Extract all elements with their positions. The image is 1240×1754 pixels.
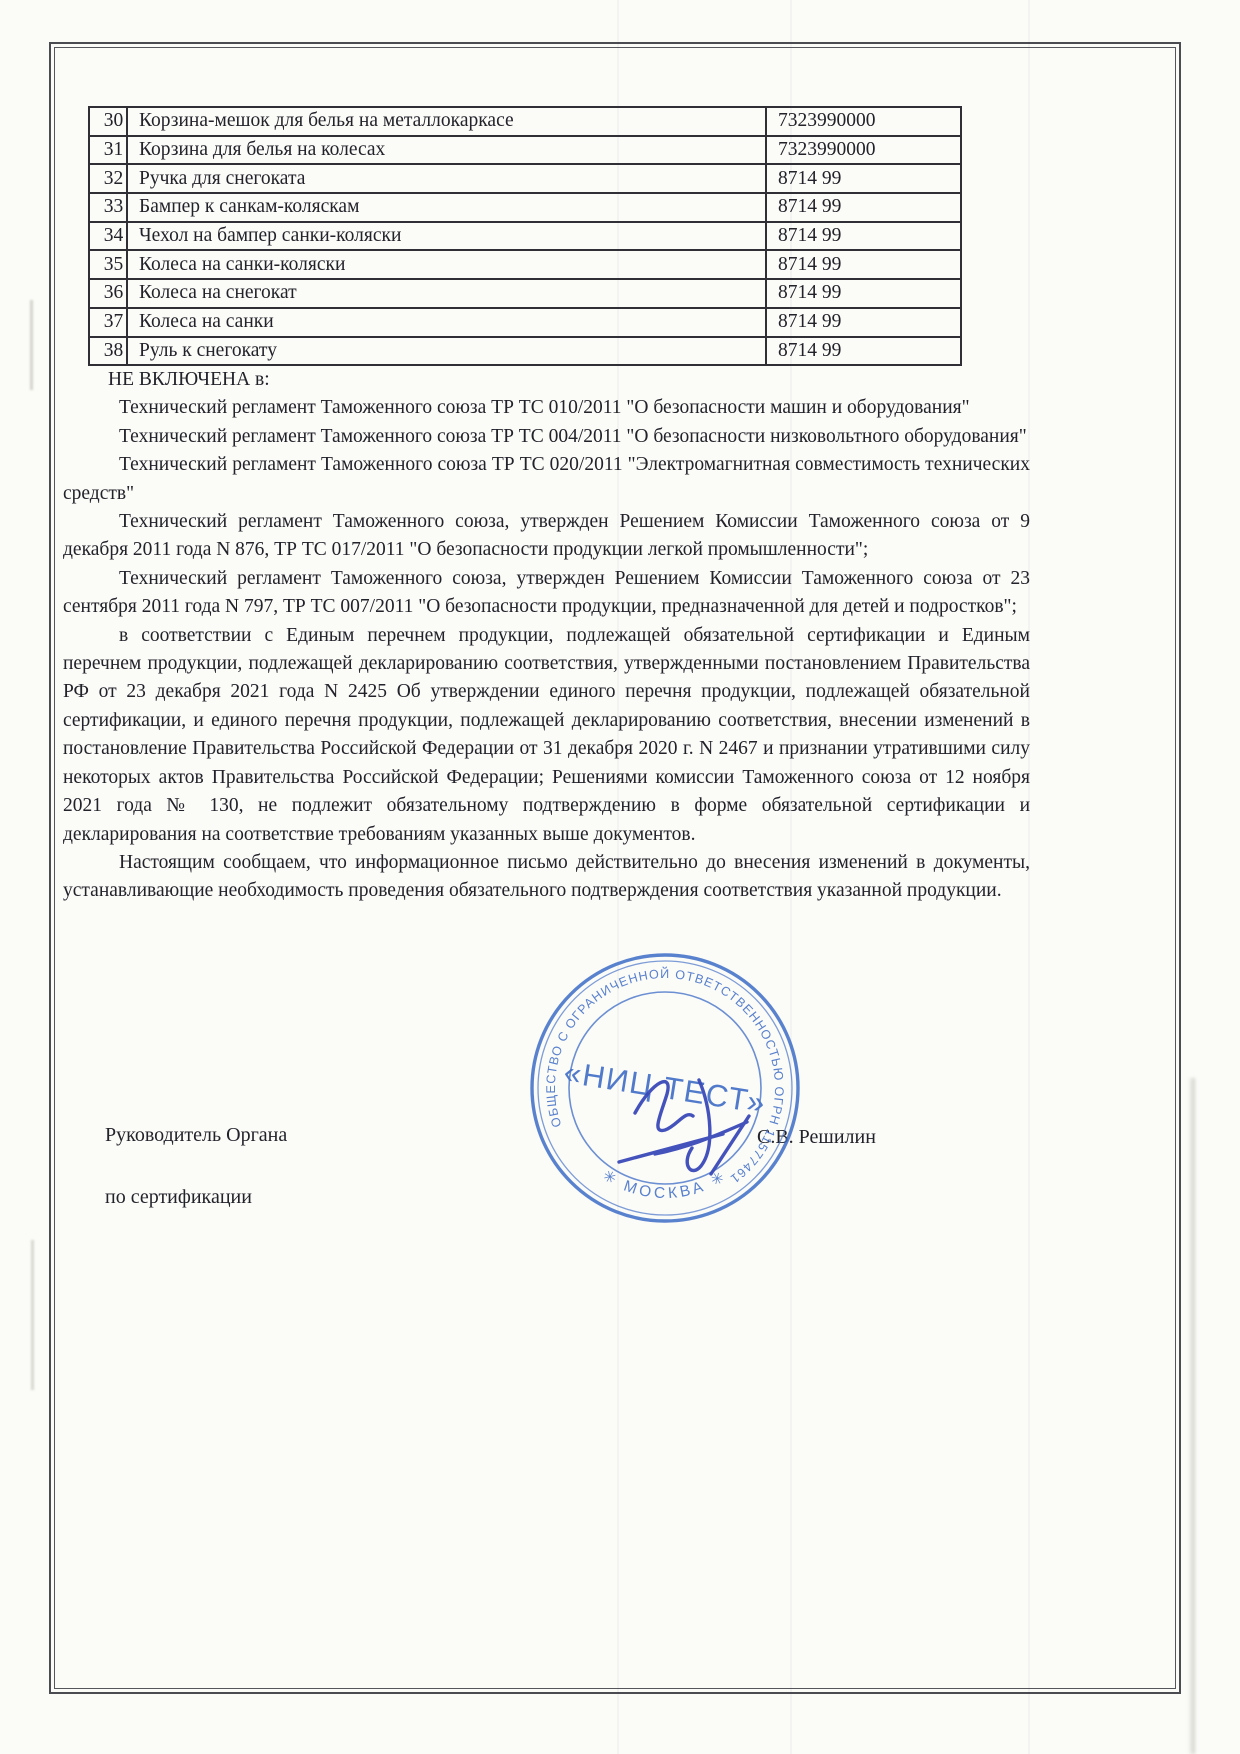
product-name-cell: Чехол на бампер санки-коляски xyxy=(127,222,766,251)
row-number-cell: 33 xyxy=(89,193,127,222)
products-table: 30 Корзина-мешок для белья на металлокар… xyxy=(88,106,962,366)
table-row: 37 Колеса на санки 8714 99 xyxy=(89,308,961,337)
table-row: 30 Корзина-мешок для белья на металлокар… xyxy=(89,107,961,136)
row-number-cell: 36 xyxy=(89,279,127,308)
signer-name: С.В. Решилин xyxy=(757,1126,876,1149)
signer-role-line1: Руководитель Органа xyxy=(105,1124,287,1146)
product-name-cell: Ручка для снегоката xyxy=(127,164,766,193)
row-number-cell: 31 xyxy=(89,136,127,165)
hs-code-cell: 8714 99 xyxy=(766,250,961,279)
product-name-cell: Колеса на санки xyxy=(127,308,766,337)
hs-code-cell: 7323990000 xyxy=(766,107,961,136)
statement-paragraph: Настоящим сообщаем, что информационное п… xyxy=(63,849,1030,906)
body-text: НЕ ВКЛЮЧЕНА в: Технический регламент Там… xyxy=(63,366,1030,906)
regulation-paragraph: Технический регламент Таможенного союза … xyxy=(63,451,1030,508)
row-number-cell: 32 xyxy=(89,164,127,193)
signer-role-line2: по сертификации xyxy=(105,1186,252,1208)
table-row: 38 Руль к снегокату 8714 99 xyxy=(89,337,961,366)
row-number-cell: 38 xyxy=(89,337,127,366)
hs-code-cell: 7323990000 xyxy=(766,136,961,165)
product-name-cell: Корзина-мешок для белья на металлокаркас… xyxy=(127,107,766,136)
not-included-heading: НЕ ВКЛЮЧЕНА в: xyxy=(63,366,1030,394)
row-number-cell: 34 xyxy=(89,222,127,251)
row-number-cell: 37 xyxy=(89,308,127,337)
table-row: 33 Бампер к санкам-коляскам 8714 99 xyxy=(89,193,961,222)
regulation-paragraph: Технический регламент Таможенного союза,… xyxy=(63,565,1030,622)
table-row: 32 Ручка для снегоката 8714 99 xyxy=(89,164,961,193)
regulation-paragraph: Технический регламент Таможенного союза,… xyxy=(63,508,1030,565)
document-page: { "page": { "table": { "rows": [ {"num":… xyxy=(0,0,1240,1754)
table-row: 34 Чехол на бампер санки-коляски 8714 99 xyxy=(89,222,961,251)
signer-role: Руководитель Органа по сертификации xyxy=(105,1120,287,1213)
hs-code-cell: 8714 99 xyxy=(766,308,961,337)
hs-code-cell: 8714 99 xyxy=(766,193,961,222)
product-name-cell: Корзина для белья на колесах xyxy=(127,136,766,165)
hs-code-cell: 8714 99 xyxy=(766,222,961,251)
regulation-paragraph: Технический регламент Таможенного союза … xyxy=(63,423,1030,451)
product-name-cell: Колеса на санки-коляски xyxy=(127,250,766,279)
product-name-cell: Колеса на снегокат xyxy=(127,279,766,308)
scan-artifact xyxy=(31,1240,34,1390)
regulation-paragraph: в соответствии с Единым перечнем продукц… xyxy=(63,622,1030,849)
scan-artifact xyxy=(1188,1078,1195,1754)
table-row: 36 Колеса на снегокат 8714 99 xyxy=(89,279,961,308)
hs-code-cell: 8714 99 xyxy=(766,337,961,366)
product-name-cell: Бампер к санкам-коляскам xyxy=(127,193,766,222)
regulation-paragraph: Технический регламент Таможенного союза … xyxy=(63,394,1030,422)
product-name-cell: Руль к снегокату xyxy=(127,337,766,366)
scan-artifact xyxy=(30,300,33,390)
hs-code-cell: 8714 99 xyxy=(766,164,961,193)
row-number-cell: 30 xyxy=(89,107,127,136)
hs-code-cell: 8714 99 xyxy=(766,279,961,308)
table-row: 31 Корзина для белья на колесах 73239900… xyxy=(89,136,961,165)
row-number-cell: 35 xyxy=(89,250,127,279)
table-row: 35 Колеса на санки-коляски 8714 99 xyxy=(89,250,961,279)
